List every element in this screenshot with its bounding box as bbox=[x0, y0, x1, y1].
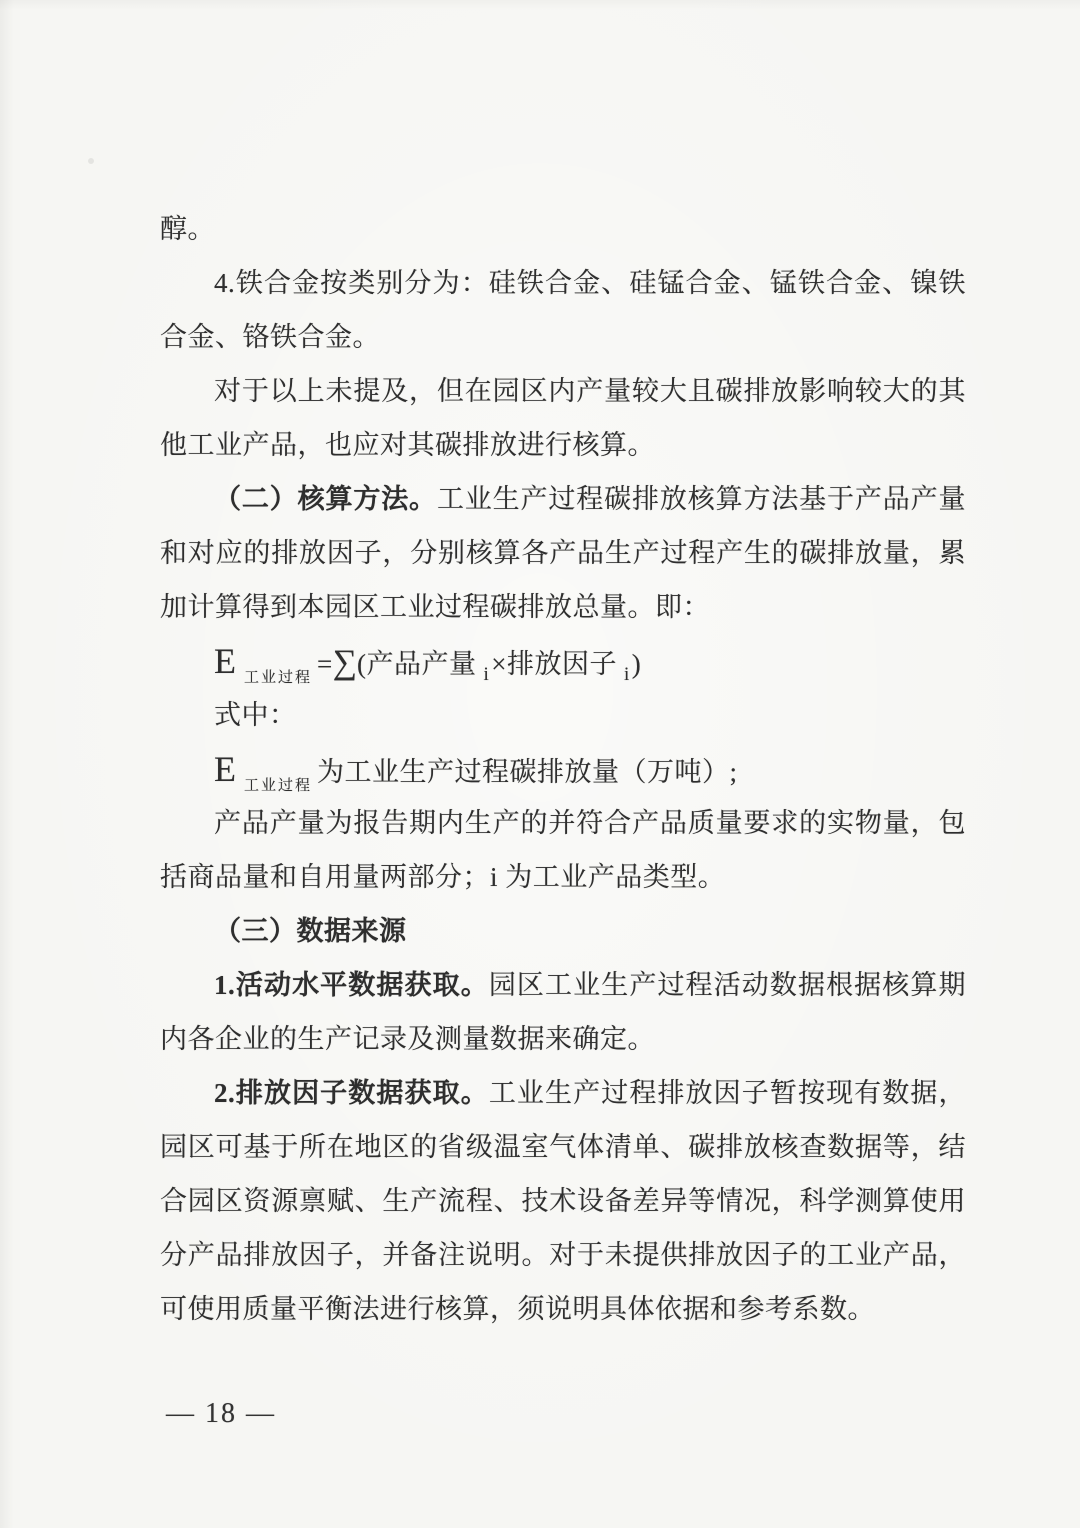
bold-heading-text: 2.排放因子数据获取。 bbox=[214, 1078, 489, 1108]
text-line: 他工业产品，也应对其碳排放进行核算。 bbox=[160, 418, 966, 472]
formula-index-subscript: i bbox=[477, 664, 492, 685]
text-line: 合园区资源禀赋、生产流程、技术设备差异等情况，科学测算使用 bbox=[160, 1174, 966, 1228]
bold-heading-text: （二）核算方法。 bbox=[214, 484, 437, 514]
text-line: 加计算得到本园区工业过程碳排放总量。即： bbox=[160, 580, 966, 634]
formula-subscript: 工业过程 bbox=[236, 778, 317, 794]
text-segment: 加计算得到本园区工业过程碳排放总量。即： bbox=[160, 592, 710, 622]
text-segment: 对于以上未提及，但在园区内产量较大且碳排放影响较大的其 bbox=[214, 376, 966, 406]
text-segment: 可使用质量平衡法进行核算，须说明具体依据和参考系数。 bbox=[160, 1294, 875, 1324]
text-segment: 和对应的排放因子，分别核算各产品生产过程产生的碳排放量，累 bbox=[160, 538, 966, 568]
text-line: 合金、铬铁合金。 bbox=[160, 310, 966, 364]
text-line: 1.活动水平数据获取。园区工业生产过程活动数据根据核算期 bbox=[160, 958, 966, 1012]
text-segment: 合金、铬铁合金。 bbox=[160, 322, 380, 352]
text-line: E工业过程=∑(产品产量i×排放因子i) bbox=[160, 634, 966, 688]
text-line: 式中： bbox=[160, 688, 966, 742]
text-segment: 工业生产过程碳排放核算方法基于产品产量 bbox=[437, 484, 966, 514]
text-segment: 括商品量和自用量两部分；i 为工业产品类型。 bbox=[160, 862, 725, 892]
text-segment: 为工业生产过程碳排放量（万吨）; bbox=[317, 757, 738, 787]
text-line: 4.铁合金按类别分为：硅铁合金、硅锰合金、锰铁合金、镍铁 bbox=[160, 256, 966, 310]
text-line: 内各企业的生产记录及测量数据来确定。 bbox=[160, 1012, 966, 1066]
text-line: （二）核算方法。工业生产过程碳排放核算方法基于产品产量 bbox=[160, 472, 966, 526]
text-line: 2.排放因子数据获取。工业生产过程排放因子暂按现有数据， bbox=[160, 1066, 966, 1120]
text-segment: (产品产量 bbox=[357, 649, 477, 679]
text-line: （三）数据来源 bbox=[160, 904, 966, 958]
text-line: 括商品量和自用量两部分；i 为工业产品类型。 bbox=[160, 850, 966, 904]
text-segment: = bbox=[317, 649, 333, 679]
text-segment: ×排放因子 bbox=[491, 649, 617, 679]
formula-variable-E: E bbox=[214, 641, 236, 681]
text-segment: 产品产量为报告期内生产的并符合产品质量要求的实物量，包 bbox=[214, 808, 966, 838]
text-line: 对于以上未提及，但在园区内产量较大且碳排放影响较大的其 bbox=[160, 364, 966, 418]
text-line: 可使用质量平衡法进行核算，须说明具体依据和参考系数。 bbox=[160, 1282, 966, 1336]
formula-subscript: 工业过程 bbox=[236, 670, 317, 686]
text-segment: 园区可基于所在地区的省级温室气体清单、碳排放核查数据等，结 bbox=[160, 1132, 966, 1162]
text-column: 醇。4.铁合金按类别分为：硅铁合金、硅锰合金、锰铁合金、镍铁合金、铬铁合金。对于… bbox=[160, 202, 966, 1336]
text-segment: 园区工业生产过程活动数据根据核算期 bbox=[489, 970, 966, 1000]
text-line: 产品产量为报告期内生产的并符合产品质量要求的实物量，包 bbox=[160, 796, 966, 850]
bold-heading-text: 1.活动水平数据获取。 bbox=[214, 970, 489, 1000]
text-segment: 4.铁合金按类别分为：硅铁合金、硅锰合金、锰铁合金、镍铁 bbox=[214, 268, 966, 298]
text-line: 和对应的排放因子，分别核算各产品生产过程产生的碳排放量，累 bbox=[160, 526, 966, 580]
formula-variable-E: E bbox=[214, 749, 236, 789]
text-segment: 工业生产过程排放因子暂按现有数据， bbox=[489, 1078, 966, 1108]
text-segment: 分产品排放因子，并备注说明。对于未提供排放因子的工业产品， bbox=[160, 1240, 966, 1270]
formula-index-subscript: i bbox=[617, 664, 632, 685]
text-segment: ) bbox=[632, 649, 642, 679]
text-line: 园区可基于所在地区的省级温室气体清单、碳排放核查数据等，结 bbox=[160, 1120, 966, 1174]
text-segment: 合园区资源禀赋、生产流程、技术设备差异等情况，科学测算使用 bbox=[160, 1186, 966, 1216]
text-segment: 醇。 bbox=[160, 214, 215, 244]
document-page: 醇。4.铁合金按类别分为：硅铁合金、硅锰合金、锰铁合金、镍铁合金、铬铁合金。对于… bbox=[0, 0, 1080, 1528]
page-number: — 18 — bbox=[166, 1398, 276, 1430]
text-line: E工业过程为工业生产过程碳排放量（万吨）; bbox=[160, 742, 966, 796]
text-line: 醇。 bbox=[160, 202, 966, 256]
text-line: 分产品排放因子，并备注说明。对于未提供排放因子的工业产品， bbox=[160, 1228, 966, 1282]
text-segment: 内各企业的生产记录及测量数据来确定。 bbox=[160, 1024, 655, 1054]
text-segment: 式中： bbox=[214, 700, 297, 730]
summation-symbol: ∑ bbox=[333, 644, 357, 681]
text-segment: 他工业产品，也应对其碳排放进行核算。 bbox=[160, 430, 655, 460]
scan-artifact bbox=[88, 158, 94, 164]
bold-heading-text: （三）数据来源 bbox=[214, 916, 407, 946]
